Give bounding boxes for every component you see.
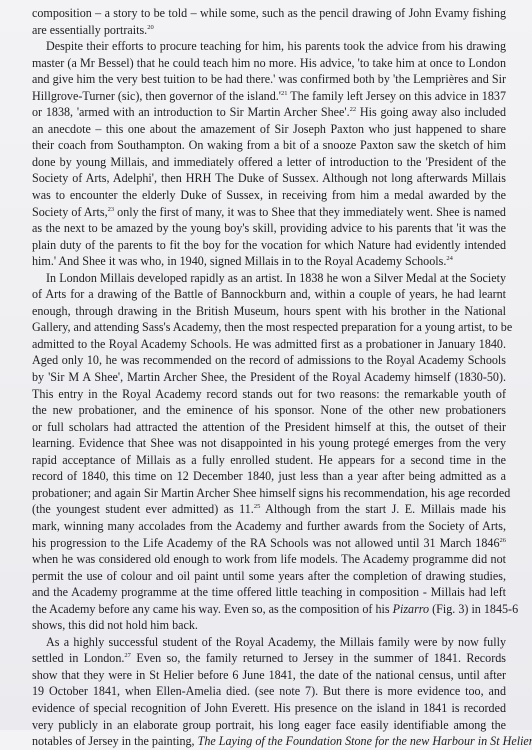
text-line: In London Millais developed rapidly as a… (32, 270, 506, 287)
text-line: and give him the very best tuition to be… (32, 71, 506, 88)
text-line: Aged only 10, he was recommended on the … (32, 352, 506, 369)
text-line: or full scholars had attracted the atten… (32, 419, 506, 436)
text-line: learning. Evidence that Shee was not dis… (32, 435, 506, 452)
text-line: his progression to the Life Academy of t… (32, 535, 506, 552)
text-line: by 'Sir M A Shee', Martin Archer Shee, t… (32, 369, 506, 386)
text-line: probationer; and again Sir Martin Archer… (32, 485, 506, 502)
text-line: Society of Arts,23 only the first of man… (32, 204, 506, 221)
text-line: are essentially portraits.20 (32, 22, 506, 39)
paragraph: Despite their efforts to procure teachin… (32, 38, 506, 270)
text-line: Society of Arts, Adelphi', then HRH The … (32, 170, 506, 187)
footnote-marker: 24 (446, 255, 453, 262)
footnote-marker: 22 (350, 106, 357, 113)
italic-title: Pizarro (393, 602, 430, 616)
text-line: record of 1840, this time on 12 December… (32, 468, 506, 485)
text-line: shows, this did not hold him back. (32, 617, 506, 634)
footnote-marker: 26 (500, 537, 507, 544)
text-line: enough, through drawing in the British M… (32, 303, 506, 320)
text-line: This entry in the Royal Academy record s… (32, 386, 506, 403)
text-line: him.' And Shee it was who, in 1940, sign… (32, 253, 506, 270)
document-page: composition – a story to be told – while… (32, 5, 506, 730)
text-line: Despite their efforts to procure teachin… (32, 38, 506, 55)
text-line: (the youngest student ever admitted) as … (32, 501, 506, 518)
text-line: permit the use of colour and oil paint u… (32, 568, 506, 585)
text-line: rapid acceptance of Millais as a fully e… (32, 452, 506, 469)
text-line: and the Academy programme at the time of… (32, 584, 506, 601)
text-line: plain duty of the parents to fit the boy… (32, 237, 506, 254)
footnote-marker: 20 (147, 24, 154, 31)
footnote-marker: 25 (254, 503, 261, 510)
text-line: the Academy before any came his way. Eve… (32, 601, 506, 618)
paragraph: In London Millais developed rapidly as a… (32, 270, 506, 634)
text-line: of Arts for a drawing of the Battle of B… (32, 286, 506, 303)
text-line: mark, winning many accolades from the Ac… (32, 518, 506, 535)
text-line: their coach from Southampton. On waking … (32, 137, 506, 154)
text-line: as the next to be amazed by the young bo… (32, 220, 506, 237)
text-line: or 1838, 'armed with an introduction to … (32, 104, 506, 121)
text-line: was to encounter the elderly Duke of Sus… (32, 187, 506, 204)
text-line: admitted to the Royal Academy Schools. H… (32, 336, 506, 353)
footnote-marker: 23 (108, 206, 115, 213)
text-line: the new probationer, and the eminence of… (32, 402, 506, 419)
text-line: As a highly successful student of the Ro… (32, 634, 506, 651)
text-line: an anecdote – this one about the amazeme… (32, 121, 506, 138)
text-line: master (a Mr Bessel) that he could teach… (32, 55, 506, 72)
text-line: composition – a story to be told – while… (32, 5, 506, 22)
footnote-marker: 21 (281, 90, 288, 97)
text-line: very publicly in an elaborate group port… (32, 717, 506, 730)
footnote-marker: 27 (124, 652, 131, 659)
text-line: done by young Millais, and immediately o… (32, 154, 506, 171)
paragraph: As a highly successful student of the Ro… (32, 634, 506, 730)
text-line: settled in London.27 Even so, the family… (32, 650, 506, 667)
text-line: show that they were in St Helier before … (32, 667, 506, 684)
text-line: Gallery, and attending Sass's Academy, t… (32, 319, 506, 336)
text-line: evidence of special recognition of John … (32, 700, 506, 717)
text-line: 19 October 1841, when Ellen-Amelia died.… (32, 683, 506, 700)
text-line: Hillgrove-Turner (sic), then governor of… (32, 88, 506, 105)
paragraph: composition – a story to be told – while… (32, 5, 506, 38)
text-line: when he was considered old enough to wor… (32, 551, 506, 568)
